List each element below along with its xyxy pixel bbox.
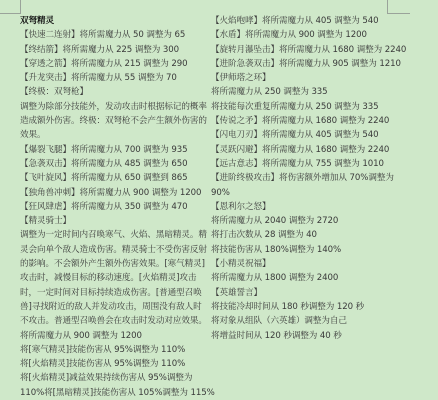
text-line: 【急袭双击】将所需魔力从 485 调整为 650 bbox=[20, 157, 210, 171]
text-line: 【爆裂飞腿】将所需魔力从 700 调整为 935 bbox=[20, 143, 210, 157]
text-line: 将打击次数从 28 调整为 40 bbox=[211, 228, 426, 242]
text-line: 【精灵骑士】 bbox=[20, 214, 210, 228]
text-line: 将技能每次重复所需魔力从 250 调整为 335 bbox=[211, 100, 426, 114]
text-line: 【进阶终极攻击】将伤害额外增加从 70%调整为 bbox=[211, 171, 426, 185]
text-line: 【恩利尔之怒】 bbox=[211, 200, 426, 214]
text-line: 【英雄誓言】 bbox=[211, 286, 426, 300]
text-line: 【狂风肆虐】将所需魔力从 350 调整为 470 bbox=[20, 200, 210, 214]
text-line: 【远古意志】将所需魔力从 755 调整为 1010 bbox=[211, 157, 426, 171]
text-line: 将[火焰精灵]减益效果持续伤害从 95%调整为 bbox=[20, 371, 210, 385]
text-line: 【伊师塔之环】 bbox=[211, 71, 426, 85]
text-line: 【传说之矛】将所需魔力从 1680 调整为 2240 bbox=[211, 114, 426, 128]
text-line: 【灵跃闪避】将所需魔力从 1680 调整为 2240 bbox=[211, 143, 426, 157]
text-line: 【终极：双弩枪】 bbox=[20, 85, 210, 99]
text-line: 【快速二连射】将所需魔力从 50 调整为 65 bbox=[20, 28, 210, 42]
text-line: 【独角兽冲刺】将所需魔力从 900 调整为 1200 bbox=[20, 186, 210, 200]
text-line: 【进阶急袭双击】将所需魔力从 905 调整为 1210 bbox=[211, 57, 426, 71]
paragraph: 调整为一定时间内召唤寒气、火焰、黑暗精灵。精灵会向单个敌人造成伤害。精灵骑士不受… bbox=[20, 228, 210, 328]
text-line: 【终结箭】将所需魔力从 225 调整为 300 bbox=[20, 43, 210, 57]
text-line: 将增益时间从 120 秒调整为 40 秒 bbox=[211, 329, 426, 343]
text-line: 将所需魔力从 900 调整为 1200 bbox=[20, 329, 210, 343]
text-line: 将[寒气精灵]技能伤害从 95%调整为 110% bbox=[20, 343, 210, 357]
text-line: 【穿透之箭】将所需魔力从 215 调整为 290 bbox=[20, 57, 210, 71]
text-line: 【火焰咆哮】将所需魔力从 405 调整为 540 bbox=[211, 14, 426, 28]
left-column: 双弩精灵 【快速二连射】将所需魔力从 50 调整为 65 【终结箭】将所需魔力从… bbox=[20, 14, 210, 400]
section-title: 双弩精灵 bbox=[20, 14, 210, 28]
crop-mark-top-left bbox=[0, 0, 21, 14]
text-line: 110%将[黑暗精灵]技能伤害从 105%调整为 115% bbox=[20, 386, 210, 400]
text-line: 【水盾】将所需魔力从 900 调整为 1200 bbox=[211, 28, 426, 42]
text-line: 【旋转月瀑坠击】将所需魔力从 1680 调整为 2240 bbox=[211, 43, 426, 57]
right-column: 【火焰咆哮】将所需魔力从 405 调整为 540 【水盾】将所需魔力从 900 … bbox=[211, 14, 426, 343]
paragraph: 调整为除部分技能外，发动攻击时根据标记的概率造成额外伤害。终极：双弩枪不会产生额… bbox=[20, 100, 210, 143]
text-line: 【闪电刀刃】将所需魔力从 405 调整为 540 bbox=[211, 128, 426, 142]
text-line: 将[火焰精灵]技能伤害从 95%调整为 110% bbox=[20, 357, 210, 371]
text-line: 将所需魔力从 250 调整为 335 bbox=[211, 85, 426, 99]
text-line: 90% bbox=[211, 186, 426, 200]
text-line: 【小精灵祝福】 bbox=[211, 257, 426, 271]
text-line: 将所需魔力从 1800 调整为 2400 bbox=[211, 271, 426, 285]
text-line: 将技能伤害从 180%调整为 140% bbox=[211, 243, 426, 257]
text-line: 【飞叶旋风】将所需魔力从 650 调整到 865 bbox=[20, 171, 210, 185]
crop-mark-top-right bbox=[387, 0, 410, 14]
text-line: 将技能冷却时间从 180 秒调整为 120 秒 bbox=[211, 300, 426, 314]
text-line: 【升龙突击】将所需魔力从 55 调整为 70 bbox=[20, 71, 210, 85]
text-line: 将对象从组队（六英雄）调整为自己 bbox=[211, 314, 426, 328]
text-line: 将所需魔力从 2040 调整为 2720 bbox=[211, 214, 426, 228]
